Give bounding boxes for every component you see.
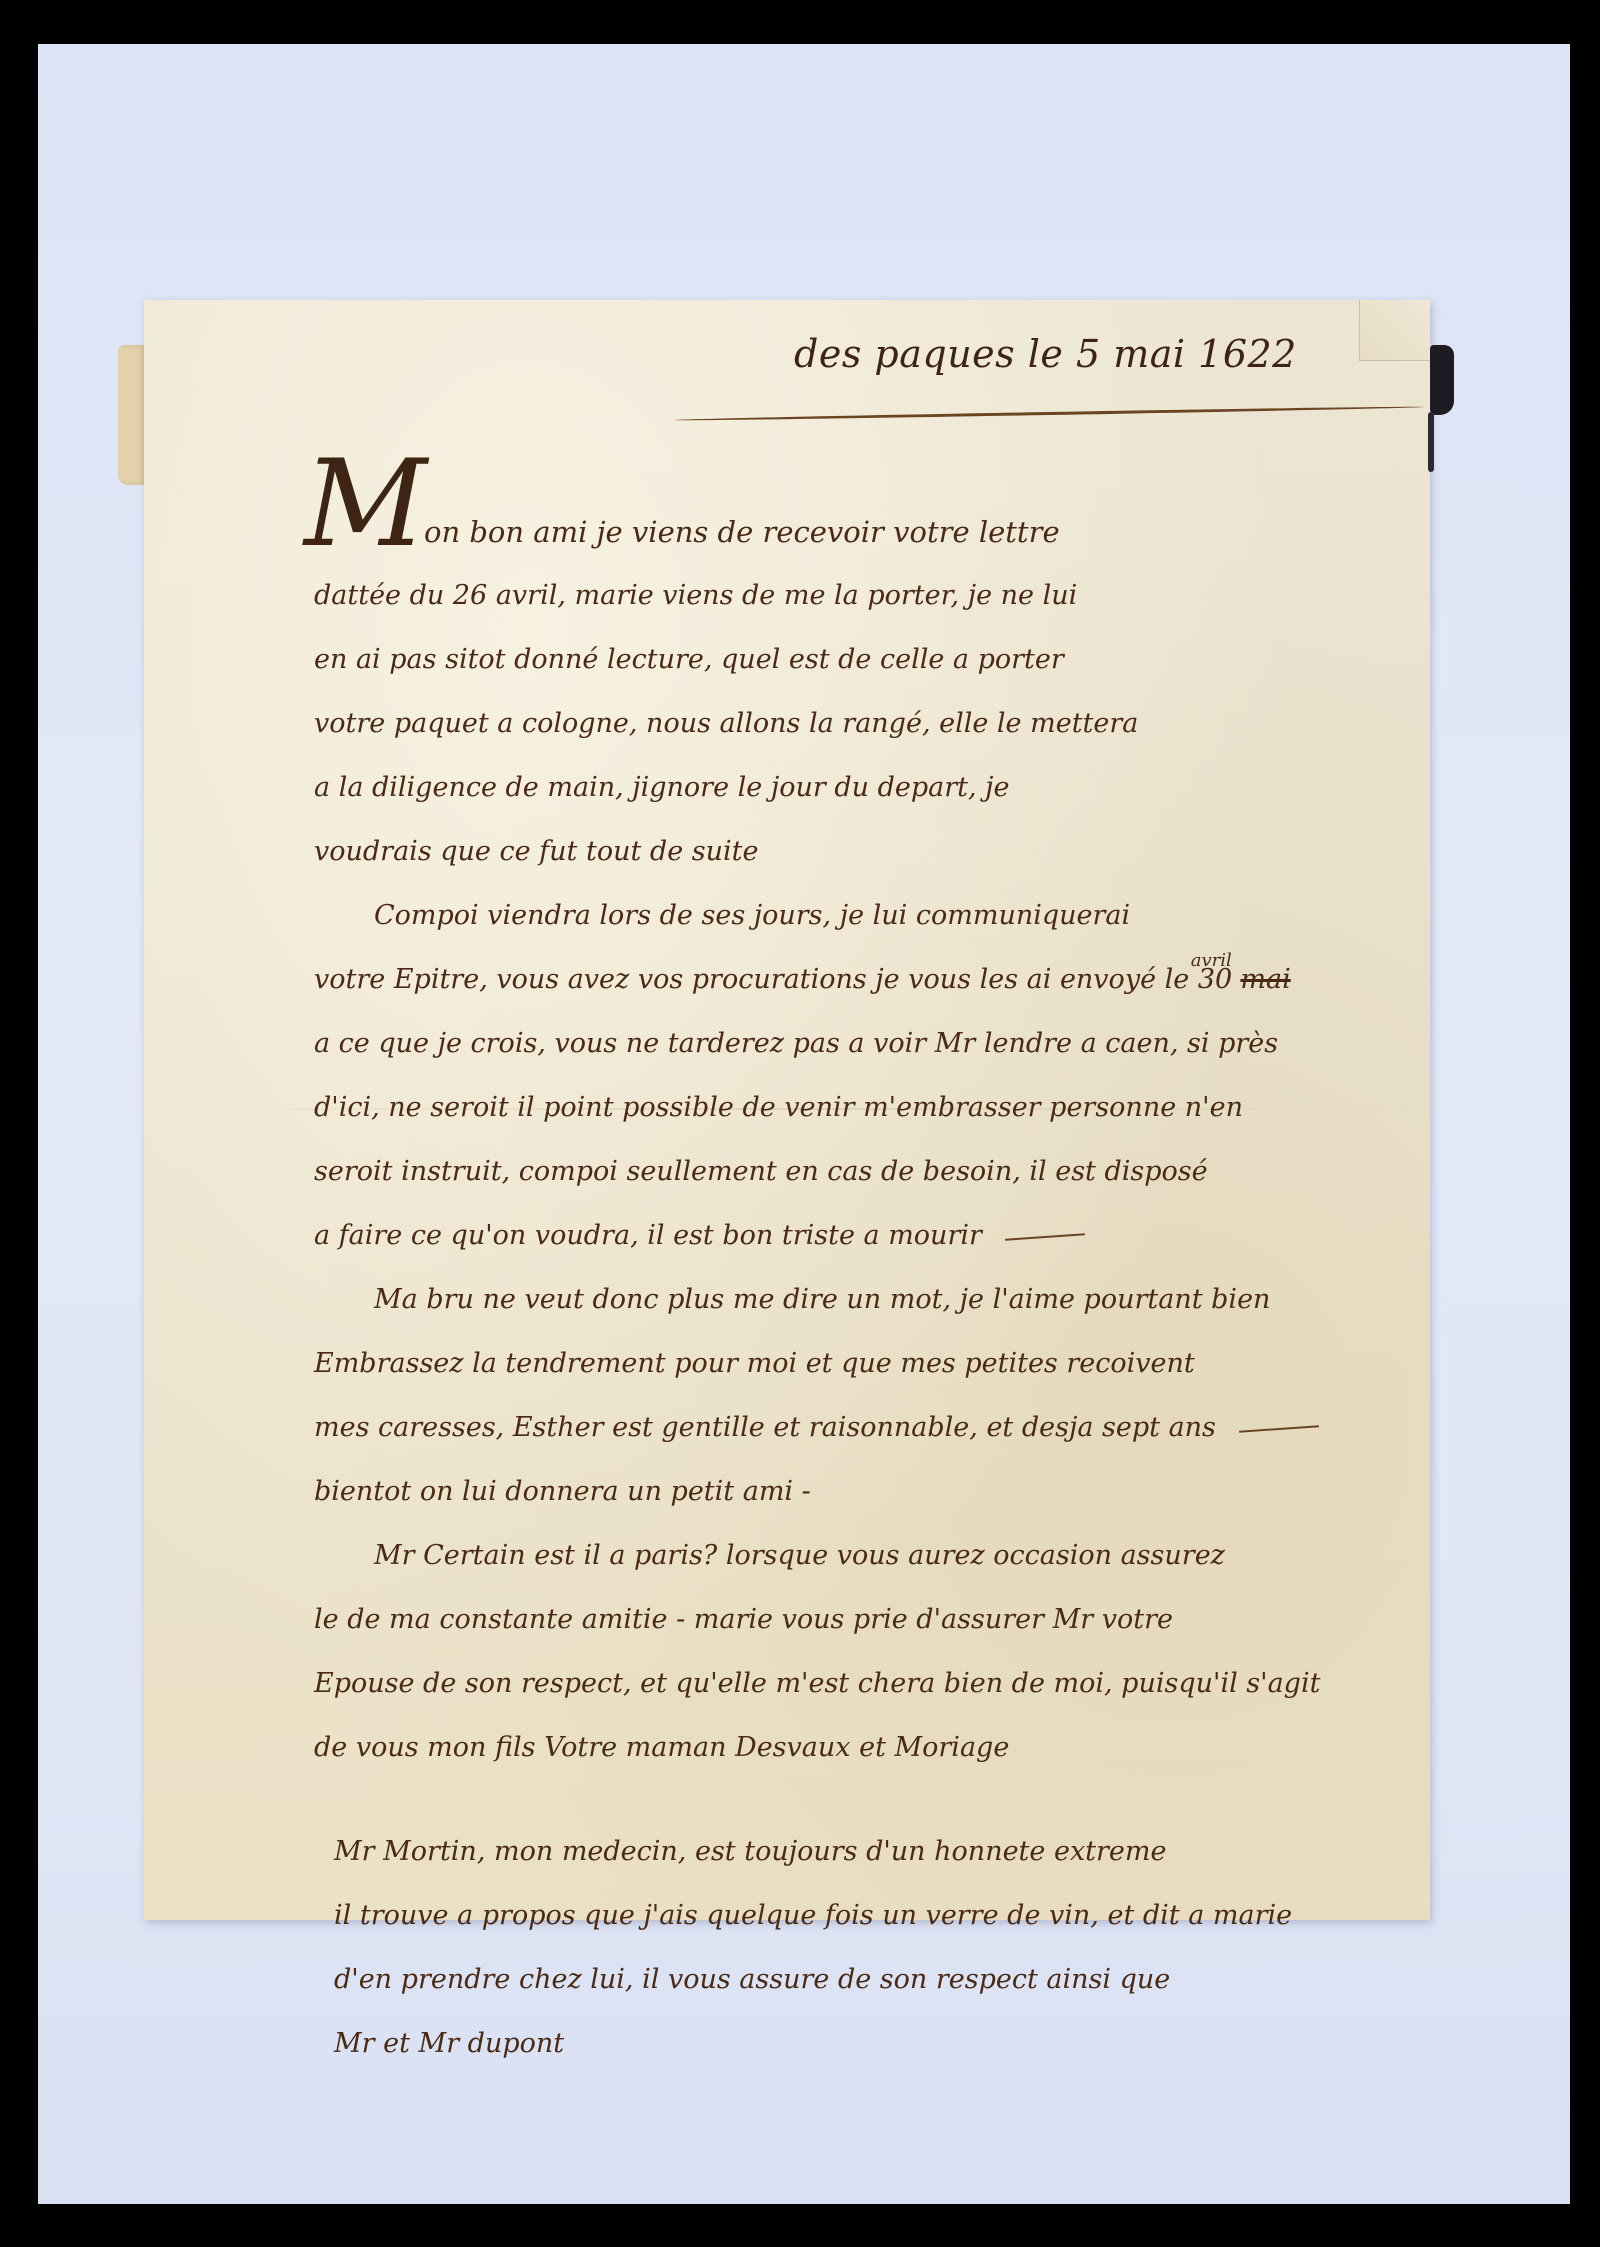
- insertion-above: avril: [1191, 950, 1232, 971]
- wax-seal-drip: [1428, 412, 1434, 472]
- letter-line-text: votre Epitre, vous avez vos procurations…: [314, 964, 1232, 995]
- dateline-underline-flourish: [674, 405, 1424, 421]
- paragraph-1: on bon ami je viens de recevoir votre le…: [314, 500, 1414, 884]
- letter-line-text: a faire ce qu'on voudra, il est bon tris…: [314, 1220, 982, 1251]
- letter-line: on bon ami je viens de recevoir votre le…: [314, 500, 1414, 564]
- letter-line: de vous mon fils Votre maman Desvaux et …: [314, 1716, 1414, 1780]
- letter-sheet: des paques le 5 mai 1622 M on bon ami je…: [144, 300, 1430, 1920]
- letter-line: Epouse de son respect, et qu'elle m'est …: [314, 1652, 1414, 1716]
- letter-line: dattée du 26 avril, marie viens de me la…: [314, 564, 1414, 628]
- letter-line-text: mes caresses, Esther est gentille et rai…: [314, 1412, 1216, 1443]
- letter-dateline: des paques le 5 mai 1622: [794, 332, 1297, 376]
- wax-seal-remnant: [1430, 345, 1454, 415]
- letter-line: Compoi viendra lors de ses jours, je lui…: [314, 884, 1414, 948]
- paragraph-4: Mr Certain est il a paris? lorsque vous …: [314, 1524, 1414, 1780]
- letter-line: Mr Mortin, mon medecin, est toujours d'u…: [314, 1820, 1414, 1884]
- letter-line: d'en prendre chez lui, il vous assure de…: [314, 1948, 1414, 2012]
- letter-line: a la diligence de main, jignore le jour …: [314, 756, 1414, 820]
- paragraph-5: Mr Mortin, mon medecin, est toujours d'u…: [314, 1820, 1414, 2076]
- letter-line: en ai pas sitot donné lecture, quel est …: [314, 628, 1414, 692]
- letter-line: seroit instruit, compoi seullement en ca…: [314, 1140, 1414, 1204]
- struck-word: mai: [1240, 964, 1290, 995]
- letter-line: le de ma constante amitie - marie vous p…: [314, 1588, 1414, 1652]
- letter-line: Mr Certain est il a paris? lorsque vous …: [314, 1524, 1414, 1588]
- letter-line: il trouve a propos que j'ais quelque foi…: [314, 1884, 1414, 1948]
- letter-line: Mr et Mr dupont: [314, 2012, 1414, 2076]
- paragraph-spacer: [314, 1780, 1414, 1820]
- dash-flourish: [1005, 1233, 1085, 1241]
- letter-line: votre paquet a cologne, nous allons la r…: [314, 692, 1414, 756]
- letter-body: on bon ami je viens de recevoir votre le…: [314, 500, 1414, 2076]
- dash-flourish: [1239, 1425, 1319, 1433]
- letter-line: d'ici, ne seroit il point possible de ve…: [314, 1076, 1414, 1140]
- folded-corner: [1359, 300, 1430, 361]
- letter-line: Ma bru ne veut donc plus me dire un mot,…: [314, 1268, 1414, 1332]
- paragraph-3: Ma bru ne veut donc plus me dire un mot,…: [314, 1268, 1414, 1524]
- paragraph-2: Compoi viendra lors de ses jours, je lui…: [314, 884, 1414, 1268]
- letter-line: votre Epitre, vous avez vos procurations…: [314, 948, 1414, 1012]
- letter-line: Embrassez la tendrement pour moi et que …: [314, 1332, 1414, 1396]
- letter-line: voudrais que ce fut tout de suite: [314, 820, 1414, 884]
- letter-line: a ce que je crois, vous ne tarderez pas …: [314, 1012, 1414, 1076]
- letter-line: a faire ce qu'on voudra, il est bon tris…: [314, 1204, 1414, 1268]
- letter-line: bientot on lui donnera un petit ami -: [314, 1460, 1414, 1524]
- letter-line: mes caresses, Esther est gentille et rai…: [314, 1396, 1414, 1460]
